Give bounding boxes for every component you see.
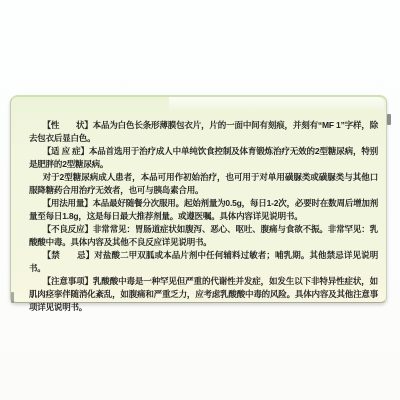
section-label: 【禁 忌】 [43, 250, 95, 260]
section-dosage: 【用法用量】本品最好随餐分次服用。起始剂量为0.5g，每日1-2次，必要时在数周… [29, 197, 378, 223]
photo-background: 【性 状】本品为白色长条形薄膜包衣片，片的一面中间有刻痕，并刻有“MF 1”字样… [0, 0, 400, 400]
section-label: 【不良反应】 [43, 224, 93, 234]
section-indications: 【适 应 症】本品首选用于治疗成人中单纯饮食控制及体育锻炼治疗无效的2型糖尿病，… [29, 145, 378, 171]
section-precautions: 【注意事项】乳酸酸中毒是一种罕见但严重的代谢性并发症，如发生以下非特异性症状，如… [29, 275, 378, 314]
section-label: 【注意事项】 [43, 276, 93, 286]
medicine-package-back-panel: 【性 状】本品为白色长条形薄膜包衣片，片的一面中间有刻痕，并刻有“MF 1”字样… [10, 95, 387, 303]
panel-edge-notch-artifact [387, 114, 391, 125]
section-indications-continued: 对于2型糖尿病成人患者，本品可用作初始治疗，也可用于对单用磺脲类或磺脲类与其他口… [29, 171, 378, 197]
section-label: 【适 应 症】 [43, 146, 89, 156]
section-label: 【用法用量】 [43, 198, 93, 208]
insert-text-block: 【性 状】本品为白色长条形薄膜包衣片，片的一面中间有刻痕，并刻有“MF 1”字样… [11, 97, 386, 314]
panel-corner-shadow-artifact [11, 292, 14, 303]
section-adverse-reactions: 【不良反应】非常常见：胃肠道症状如腹泻、恶心、呕吐、腹痛与食欲不振。非常罕见：乳… [29, 223, 378, 249]
section-contraindications: 【禁 忌】对盐酸二甲双胍或本品片剂中任何辅料过敏者；哺乳期。其他禁忌详见说明书。 [29, 249, 378, 275]
section-text: 对于2型糖尿病成人患者，本品可用作初始治疗，也可用于对单用磺脲类或磺脲类与其他口… [29, 172, 378, 195]
section-properties: 【性 状】本品为白色长条形薄膜包衣片，片的一面中间有刻痕，并刻有“MF 1”字样… [29, 119, 378, 145]
section-label: 【性 状】 [43, 120, 93, 130]
